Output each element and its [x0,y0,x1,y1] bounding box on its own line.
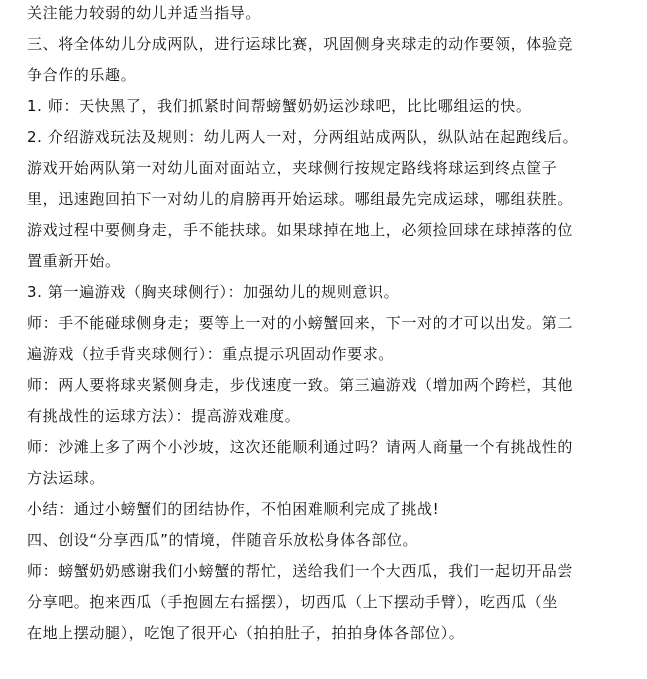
text-line: 置重新开始。 [27,248,597,279]
list-item-3: 3. 第一遍游戏（胸夹球侧行）：加强幼儿的规则意识。 [27,279,597,310]
teacher-line: 师：两人要将球夹紧侧身走，步伐速度一致。第三遍游戏（增加两个跨栏，其他 [27,372,597,403]
summary-line: 小结：通过小螃蟹们的团结协作，不怕困难顺利完成了挑战! [27,496,597,527]
text-line: 游戏过程中要侧身走，手不能扶球。如果球掉在地上，必须捡回球在球掉落的位 [27,217,597,248]
text-line: 里，迅速跑回拍下一对幼儿的肩膀再开始运球。哪组最先完成运球，哪组获胜。 [27,186,597,217]
teacher-line: 师：手不能碰球侧身走；要等上一对的小螃蟹回来，下一对的才可以出发。第二 [27,310,597,341]
teacher-line: 师：沙滩上多了两个小沙坡，这次还能顺利通过吗？请两人商量一个有挑战性的 [27,434,597,465]
list-item-2: 2. 介绍游戏玩法及规则：幼儿两人一对，分两组站成两队，纵队站在起跑线后。 [27,124,597,155]
text-line: 关注能力较弱的幼儿并适当指导。 [27,0,597,31]
section-heading-four: 四、创设“分享西瓜”的情境，伴随音乐放松身体各部位。 [27,527,597,558]
text-line: 有挑战性的运球方法）：提高游戏难度。 [27,403,597,434]
text-line: 遍游戏（拉手背夹球侧行）：重点提示巩固动作要求。 [27,341,597,372]
text-line: 在地上摆动腿），吃饱了很开心（拍拍肚子，拍拍身体各部位）。 [27,620,597,651]
teacher-line: 师：螃蟹奶奶感谢我们小螃蟹的帮忙，送给我们一个大西瓜，我们一起切开品尝 [27,558,597,589]
text-line: 争合作的乐趣。 [27,62,597,93]
document-body: 关注能力较弱的幼儿并适当指导。 三、将全体幼儿分成两队，进行运球比赛，巩固侧身夹… [27,0,597,651]
list-item-1: 1. 师：天快黑了，我们抓紧时间帮螃蟹奶奶运沙球吧，比比哪组运的快。 [27,93,597,124]
text-line: 分享吧。抱来西瓜（手抱圆左右摇摆），切西瓜（上下摆动手臂），吃西瓜（坐 [27,589,597,620]
text-line: 游戏开始两队第一对幼儿面对面站立，夹球侧行按规定路线将球运到终点筐子 [27,155,597,186]
text-line: 方法运球。 [27,465,597,496]
section-heading-three: 三、将全体幼儿分成两队，进行运球比赛，巩固侧身夹球走的动作要领，体验竞 [27,31,597,62]
